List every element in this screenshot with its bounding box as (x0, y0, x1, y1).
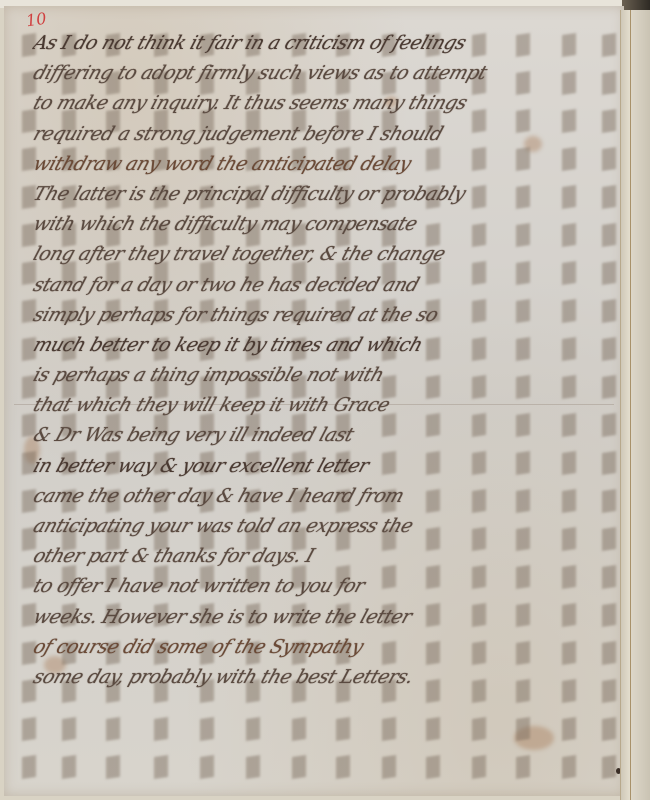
handwritten-line: long after they travel together, & the c… (29, 239, 619, 269)
handwritten-line: in better way & your excellent letter (29, 451, 619, 481)
handwritten-line: some day, probably with the best Letters… (29, 662, 619, 692)
handwritten-line: required a strong judgement before I sho… (29, 119, 619, 149)
handwritten-line: to make any inquiry. It thus seems many … (29, 88, 619, 118)
handwritten-line: withdraw any word the anticipated delay (29, 149, 619, 179)
handwritten-line: to offer I have not written to you for (29, 571, 619, 601)
binding-strip (630, 10, 650, 800)
handwritten-line: that which they will keep it with Grace (29, 390, 619, 420)
handwritten-line: & Dr Was being very ill indeed last (29, 420, 619, 450)
handwritten-line: stand for a day or two he has decided an… (29, 270, 619, 300)
handwritten-line: is perhaps a thing impossible not with (29, 360, 619, 390)
handwritten-line: As I do not think it fair in a criticism… (29, 28, 619, 58)
handwritten-line: of course did some of the Sympathy (29, 632, 619, 662)
handwritten-line: anticipating your was told an express th… (29, 511, 619, 541)
handwritten-line: weeks. However she is to write the lette… (29, 602, 619, 632)
handwritten-line: with which the difficulty may compensate (29, 209, 619, 239)
handwritten-line: The latter is the principal difficulty o… (29, 179, 619, 209)
handwritten-line: much better to keep it by times and whic… (29, 330, 619, 360)
letter-body: As I do not think it fair in a criticism… (34, 28, 614, 692)
handwritten-line: other part & thanks for days. I (29, 541, 619, 571)
handwritten-line: simply perhaps for things required at th… (29, 300, 619, 330)
handwritten-line: differing to adopt firmly such views as … (29, 58, 619, 88)
ink-stain (514, 726, 554, 750)
letter-page: 10 As I do not think it fair in a critic… (4, 6, 624, 796)
handwritten-line: came the other day & have I heard from (29, 481, 619, 511)
